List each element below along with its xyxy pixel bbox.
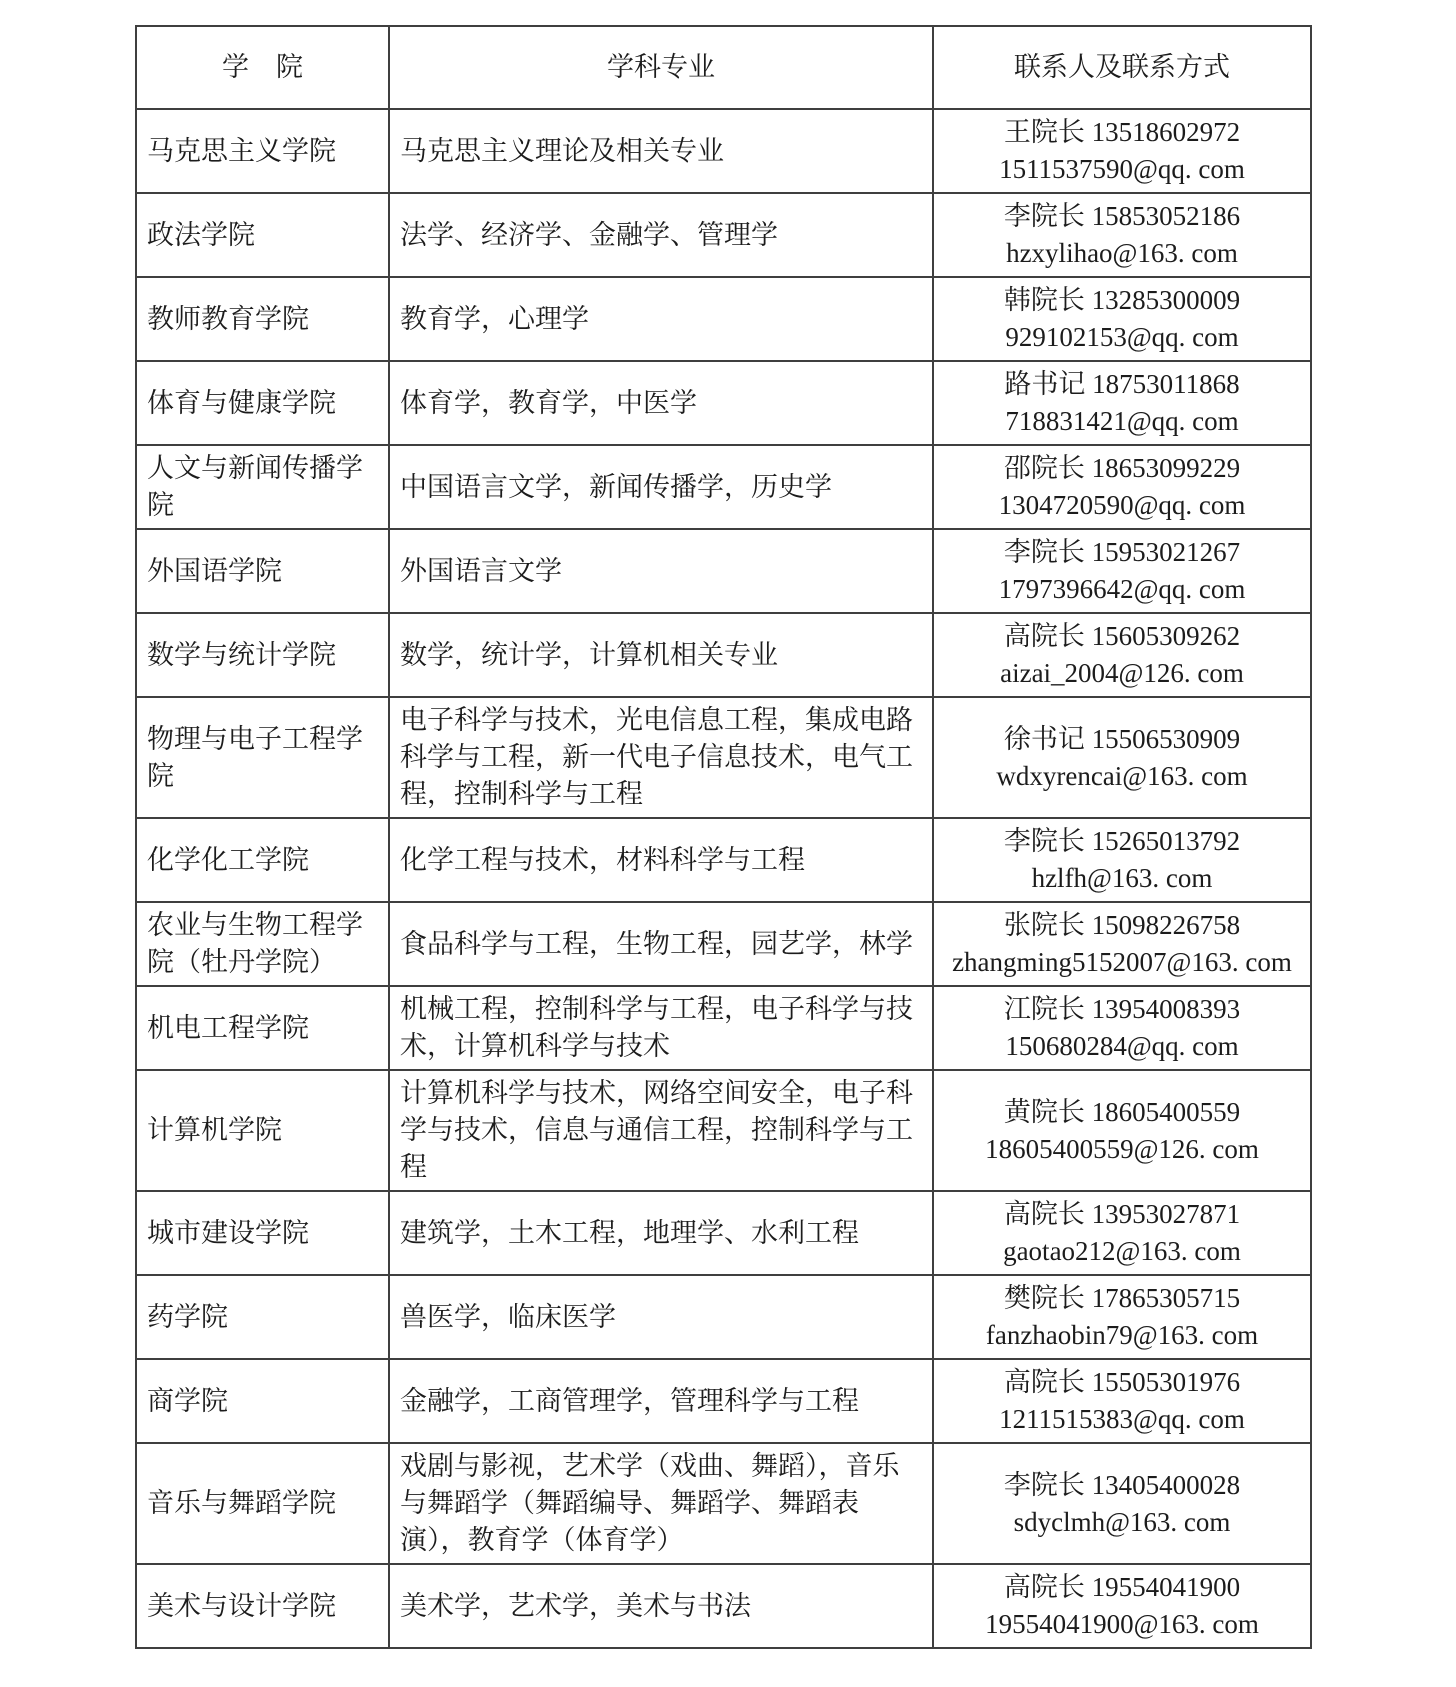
contact-email: zhangming5152007@163. com xyxy=(944,944,1300,981)
majors-list: 计算机科学与技术，网络空间安全，电子科学与技术，信息与通信工程，控制科学与工程 xyxy=(389,1070,933,1191)
contact-email: sdyclmh@163. com xyxy=(944,1504,1300,1541)
contact-person-phone: 李院长 13405400028 xyxy=(944,1467,1300,1504)
contact-email: hzlfh@163. com xyxy=(944,860,1300,897)
table-row: 化学化工学院化学工程与技术，材料科学与工程李院长 15265013792hzlf… xyxy=(136,818,1311,902)
col-header-contact: 联系人及联系方式 xyxy=(933,26,1311,109)
majors-list: 法学、经济学、金融学、管理学 xyxy=(389,193,933,277)
majors-list: 数学，统计学，计算机相关专业 xyxy=(389,613,933,697)
contact-cell: 王院长 135186029721511537590@qq. com xyxy=(933,109,1311,193)
table-row: 人文与新闻传播学院中国语言文学，新闻传播学，历史学邵院长 18653099229… xyxy=(136,445,1311,529)
contact-email: 1211515383@qq. com xyxy=(944,1401,1300,1438)
table-row: 物理与电子工程学院电子科学与技术，光电信息工程，集成电路科学与工程，新一代电子信… xyxy=(136,697,1311,818)
contact-cell: 李院长 13405400028sdyclmh@163. com xyxy=(933,1443,1311,1564)
contact-cell: 樊院长 17865305715fanzhaobin79@163. com xyxy=(933,1275,1311,1359)
table-row: 教师教育学院教育学，心理学韩院长 13285300009929102153@qq… xyxy=(136,277,1311,361)
majors-list: 戏剧与影视，艺术学（戏曲、舞蹈），音乐与舞蹈学（舞蹈编导、舞蹈学、舞蹈表演），教… xyxy=(389,1443,933,1564)
contact-email: 929102153@qq. com xyxy=(944,319,1300,356)
scanned-document-page: 学 院 学科专业 联系人及联系方式 马克思主义学院马克思主义理论及相关专业王院长… xyxy=(0,0,1456,1687)
contact-cell: 韩院长 13285300009929102153@qq. com xyxy=(933,277,1311,361)
college-name: 药学院 xyxy=(136,1275,389,1359)
contact-cell: 李院长 159530212671797396642@qq. com xyxy=(933,529,1311,613)
contact-cell: 高院长 13953027871gaotao212@163. com xyxy=(933,1191,1311,1275)
majors-list: 教育学，心理学 xyxy=(389,277,933,361)
contact-email: wdxyrencai@163. com xyxy=(944,758,1300,795)
contact-email: gaotao212@163. com xyxy=(944,1233,1300,1270)
contact-person-phone: 张院长 15098226758 xyxy=(944,907,1300,944)
table-row: 数学与统计学院数学，统计学，计算机相关专业高院长 15605309262aiza… xyxy=(136,613,1311,697)
contact-email: 18605400559@126. com xyxy=(944,1131,1300,1168)
majors-list: 马克思主义理论及相关专业 xyxy=(389,109,933,193)
contact-person-phone: 路书记 18753011868 xyxy=(944,366,1300,403)
majors-list: 建筑学，土木工程，地理学、水利工程 xyxy=(389,1191,933,1275)
contact-person-phone: 李院长 15265013792 xyxy=(944,823,1300,860)
college-name: 物理与电子工程学院 xyxy=(136,697,389,818)
college-name: 城市建设学院 xyxy=(136,1191,389,1275)
college-name: 化学化工学院 xyxy=(136,818,389,902)
college-contact-table: 学 院 学科专业 联系人及联系方式 马克思主义学院马克思主义理论及相关专业王院长… xyxy=(135,25,1312,1649)
contact-cell: 路书记 18753011868718831421@qq. com xyxy=(933,361,1311,445)
majors-list: 食品科学与工程，生物工程，园艺学，林学 xyxy=(389,902,933,986)
contact-person-phone: 江院长 13954008393 xyxy=(944,991,1300,1028)
table-row: 政法学院法学、经济学、金融学、管理学李院长 15853052186hzxylih… xyxy=(136,193,1311,277)
college-name: 商学院 xyxy=(136,1359,389,1443)
majors-list: 机械工程，控制科学与工程，电子科学与技术，计算机科学与技术 xyxy=(389,986,933,1070)
contact-person-phone: 樊院长 17865305715 xyxy=(944,1280,1300,1317)
table-row: 音乐与舞蹈学院戏剧与影视，艺术学（戏曲、舞蹈），音乐与舞蹈学（舞蹈编导、舞蹈学、… xyxy=(136,1443,1311,1564)
col-header-majors: 学科专业 xyxy=(389,26,933,109)
college-name: 音乐与舞蹈学院 xyxy=(136,1443,389,1564)
contact-email: 718831421@qq. com xyxy=(944,403,1300,440)
col-header-college: 学 院 xyxy=(136,26,389,109)
contact-email: fanzhaobin79@163. com xyxy=(944,1317,1300,1354)
college-name: 教师教育学院 xyxy=(136,277,389,361)
contact-email: hzxylihao@163. com xyxy=(944,235,1300,272)
contact-person-phone: 黄院长 18605400559 xyxy=(944,1094,1300,1131)
contact-person-phone: 徐书记 15506530909 xyxy=(944,721,1300,758)
table-row: 药学院兽医学，临床医学樊院长 17865305715fanzhaobin79@1… xyxy=(136,1275,1311,1359)
majors-list: 兽医学，临床医学 xyxy=(389,1275,933,1359)
table-row: 马克思主义学院马克思主义理论及相关专业王院长 13518602972151153… xyxy=(136,109,1311,193)
contact-cell: 高院长 155053019761211515383@qq. com xyxy=(933,1359,1311,1443)
college-name: 外国语学院 xyxy=(136,529,389,613)
contact-person-phone: 王院长 13518602972 xyxy=(944,114,1300,151)
contact-person-phone: 韩院长 13285300009 xyxy=(944,282,1300,319)
college-name: 数学与统计学院 xyxy=(136,613,389,697)
contact-cell: 高院长 1955404190019554041900@163. com xyxy=(933,1564,1311,1648)
college-name: 计算机学院 xyxy=(136,1070,389,1191)
contact-cell: 邵院长 186530992291304720590@qq. com xyxy=(933,445,1311,529)
contact-person-phone: 高院长 15605309262 xyxy=(944,618,1300,655)
table-body: 马克思主义学院马克思主义理论及相关专业王院长 13518602972151153… xyxy=(136,109,1311,1648)
college-name: 体育与健康学院 xyxy=(136,361,389,445)
college-name: 农业与生物工程学院（牡丹学院） xyxy=(136,902,389,986)
contact-person-phone: 高院长 19554041900 xyxy=(944,1569,1300,1606)
contact-email: 1304720590@qq. com xyxy=(944,487,1300,524)
contact-cell: 徐书记 15506530909wdxyrencai@163. com xyxy=(933,697,1311,818)
majors-list: 体育学，教育学，中医学 xyxy=(389,361,933,445)
majors-list: 外国语言文学 xyxy=(389,529,933,613)
majors-list: 美术学，艺术学，美术与书法 xyxy=(389,1564,933,1648)
contact-cell: 李院长 15265013792hzlfh@163. com xyxy=(933,818,1311,902)
contact-cell: 江院长 13954008393150680284@qq. com xyxy=(933,986,1311,1070)
table-row: 体育与健康学院体育学，教育学，中医学路书记 187530118687188314… xyxy=(136,361,1311,445)
college-name: 美术与设计学院 xyxy=(136,1564,389,1648)
contact-cell: 高院长 15605309262aizai_2004@126. com xyxy=(933,613,1311,697)
contact-email: 19554041900@163. com xyxy=(944,1606,1300,1643)
table-row: 美术与设计学院美术学，艺术学，美术与书法高院长 1955404190019554… xyxy=(136,1564,1311,1648)
contact-cell: 张院长 15098226758zhangming5152007@163. com xyxy=(933,902,1311,986)
table-row: 商学院金融学，工商管理学，管理科学与工程高院长 1550530197612115… xyxy=(136,1359,1311,1443)
table-row: 农业与生物工程学院（牡丹学院）食品科学与工程，生物工程，园艺学，林学张院长 15… xyxy=(136,902,1311,986)
contact-email: 150680284@qq. com xyxy=(944,1028,1300,1065)
college-name: 机电工程学院 xyxy=(136,986,389,1070)
contact-person-phone: 李院长 15853052186 xyxy=(944,198,1300,235)
contact-email: aizai_2004@126. com xyxy=(944,655,1300,692)
college-name: 政法学院 xyxy=(136,193,389,277)
contact-person-phone: 高院长 15505301976 xyxy=(944,1364,1300,1401)
contact-person-phone: 高院长 13953027871 xyxy=(944,1196,1300,1233)
table-header-row: 学 院 学科专业 联系人及联系方式 xyxy=(136,26,1311,109)
table-row: 外国语学院外国语言文学李院长 159530212671797396642@qq.… xyxy=(136,529,1311,613)
contact-person-phone: 李院长 15953021267 xyxy=(944,534,1300,571)
majors-list: 电子科学与技术，光电信息工程，集成电路科学与工程，新一代电子信息技术，电气工程，… xyxy=(389,697,933,818)
contact-person-phone: 邵院长 18653099229 xyxy=(944,450,1300,487)
majors-list: 中国语言文学，新闻传播学，历史学 xyxy=(389,445,933,529)
contact-email: 1511537590@qq. com xyxy=(944,151,1300,188)
majors-list: 化学工程与技术，材料科学与工程 xyxy=(389,818,933,902)
college-name: 马克思主义学院 xyxy=(136,109,389,193)
table-row: 计算机学院计算机科学与技术，网络空间安全，电子科学与技术，信息与通信工程，控制科… xyxy=(136,1070,1311,1191)
table-row: 机电工程学院机械工程，控制科学与工程，电子科学与技术，计算机科学与技术江院长 1… xyxy=(136,986,1311,1070)
table-row: 城市建设学院建筑学，土木工程，地理学、水利工程高院长 13953027871ga… xyxy=(136,1191,1311,1275)
contact-cell: 李院长 15853052186hzxylihao@163. com xyxy=(933,193,1311,277)
contact-email: 1797396642@qq. com xyxy=(944,571,1300,608)
contact-cell: 黄院长 1860540055918605400559@126. com xyxy=(933,1070,1311,1191)
college-name: 人文与新闻传播学院 xyxy=(136,445,389,529)
majors-list: 金融学，工商管理学，管理科学与工程 xyxy=(389,1359,933,1443)
